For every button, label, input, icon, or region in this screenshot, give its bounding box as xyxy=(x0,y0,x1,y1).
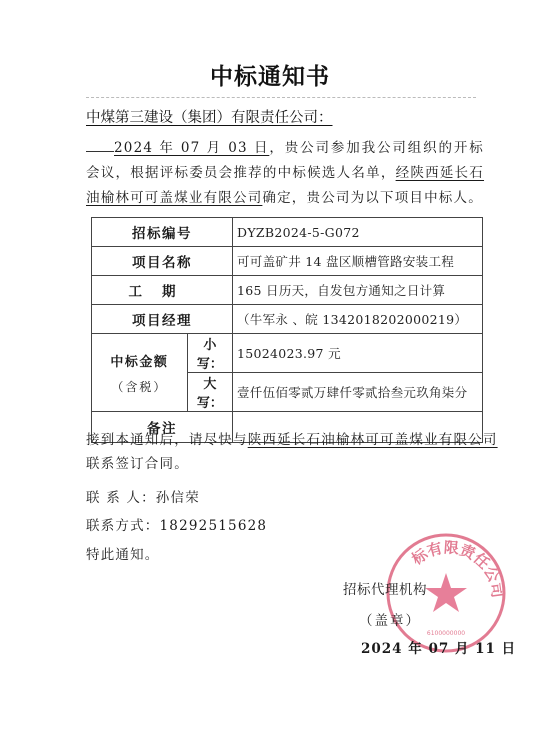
table-row: 招标编号 DYZB2024-5-G072 xyxy=(92,218,483,247)
row-value-duration: 165 日历天，自发包方通知之日计算 xyxy=(233,276,483,305)
amount-label: 中标金额 xyxy=(96,351,183,370)
closing-text-2: 联系签订合同。 xyxy=(86,456,189,472)
svg-text:6100000000: 6100000000 xyxy=(427,630,465,637)
intro-paragraph: 2024 年 07 月 03 日，贵公司参加我公司组织的开标会议，根据评标委员会… xyxy=(86,136,484,211)
issue-date: 2024 年 07 月 11 日 xyxy=(361,637,516,657)
table-row: 项目经理 （牛军永 、皖 1342018202000219） xyxy=(92,305,483,334)
row-label-bid-number: 招标编号 xyxy=(92,218,233,247)
table-row: 中标金额 （含税） 小写： 15024023.97 元 xyxy=(92,334,483,373)
contact-person-line: 联 系 人：孙信荣 xyxy=(86,486,200,506)
row-label-project-name: 项目名称 xyxy=(92,247,233,276)
document-title: 中标通知书 xyxy=(0,58,540,91)
amount-sublabel: （含税） xyxy=(96,378,183,395)
amount-lower-value: 15024023.97 元 xyxy=(233,334,483,373)
row-label-project-manager: 项目经理 xyxy=(92,305,233,334)
contact-method-line: 联系方式：18292515628 xyxy=(86,514,267,534)
bid-info-table: 招标编号 DYZB2024-5-G072 项目名称 可可盖矿井 14 盘区顺槽管… xyxy=(91,217,483,443)
table-row: 项目名称 可可盖矿井 14 盘区顺槽管路安装工程 xyxy=(92,247,483,276)
amount-upper-value: 壹仟伍佰零贰万肆仟零贰拾叁元玖角柒分 xyxy=(233,373,483,412)
contact-person: 孙信荣 xyxy=(156,490,200,506)
meeting-date: 2024 年 07 月 03 日 xyxy=(114,140,269,156)
header-divider xyxy=(86,97,476,98)
table-row: 工期 165 日历天，自发包方通知之日计算 xyxy=(92,276,483,305)
row-label-duration: 工期 xyxy=(92,276,233,305)
indent-underline xyxy=(86,139,114,152)
contact-method: 18292515628 xyxy=(160,518,268,534)
intro-text-2: 确定，贵公司为以下项目中标人。 xyxy=(262,190,483,206)
closing-text-1: 接到本通知后，请尽快与 xyxy=(86,432,248,448)
seal-note: （盖章） xyxy=(359,609,421,629)
row-value-project-name: 可可盖矿井 14 盘区顺槽管路安装工程 xyxy=(233,247,483,276)
row-value-project-manager: （牛军永 、皖 1342018202000219） xyxy=(233,305,483,334)
addressee: 中煤第三建设（集团）有限责任公司： xyxy=(86,106,333,127)
contact-person-label: 联 系 人： xyxy=(86,490,156,506)
amount-lower-label: 小写： xyxy=(187,334,232,373)
bid-agency-label: 招标代理机构 xyxy=(343,578,427,598)
closing-paragraph: 接到本通知后，请尽快与陕西延长石油榆林可可盖煤业有限公司 联系签订合同。 xyxy=(86,428,498,476)
amount-upper-label: 大写： xyxy=(187,373,232,412)
row-value-bid-number: DYZB2024-5-G072 xyxy=(233,218,483,247)
notice-line: 特此通知。 xyxy=(86,543,160,563)
contact-method-label: 联系方式： xyxy=(86,518,160,534)
amount-label-cell: 中标金额 （含税） xyxy=(92,334,188,412)
closing-company: 陕西延长石油榆林可可盖煤业有限公司 xyxy=(248,432,498,448)
